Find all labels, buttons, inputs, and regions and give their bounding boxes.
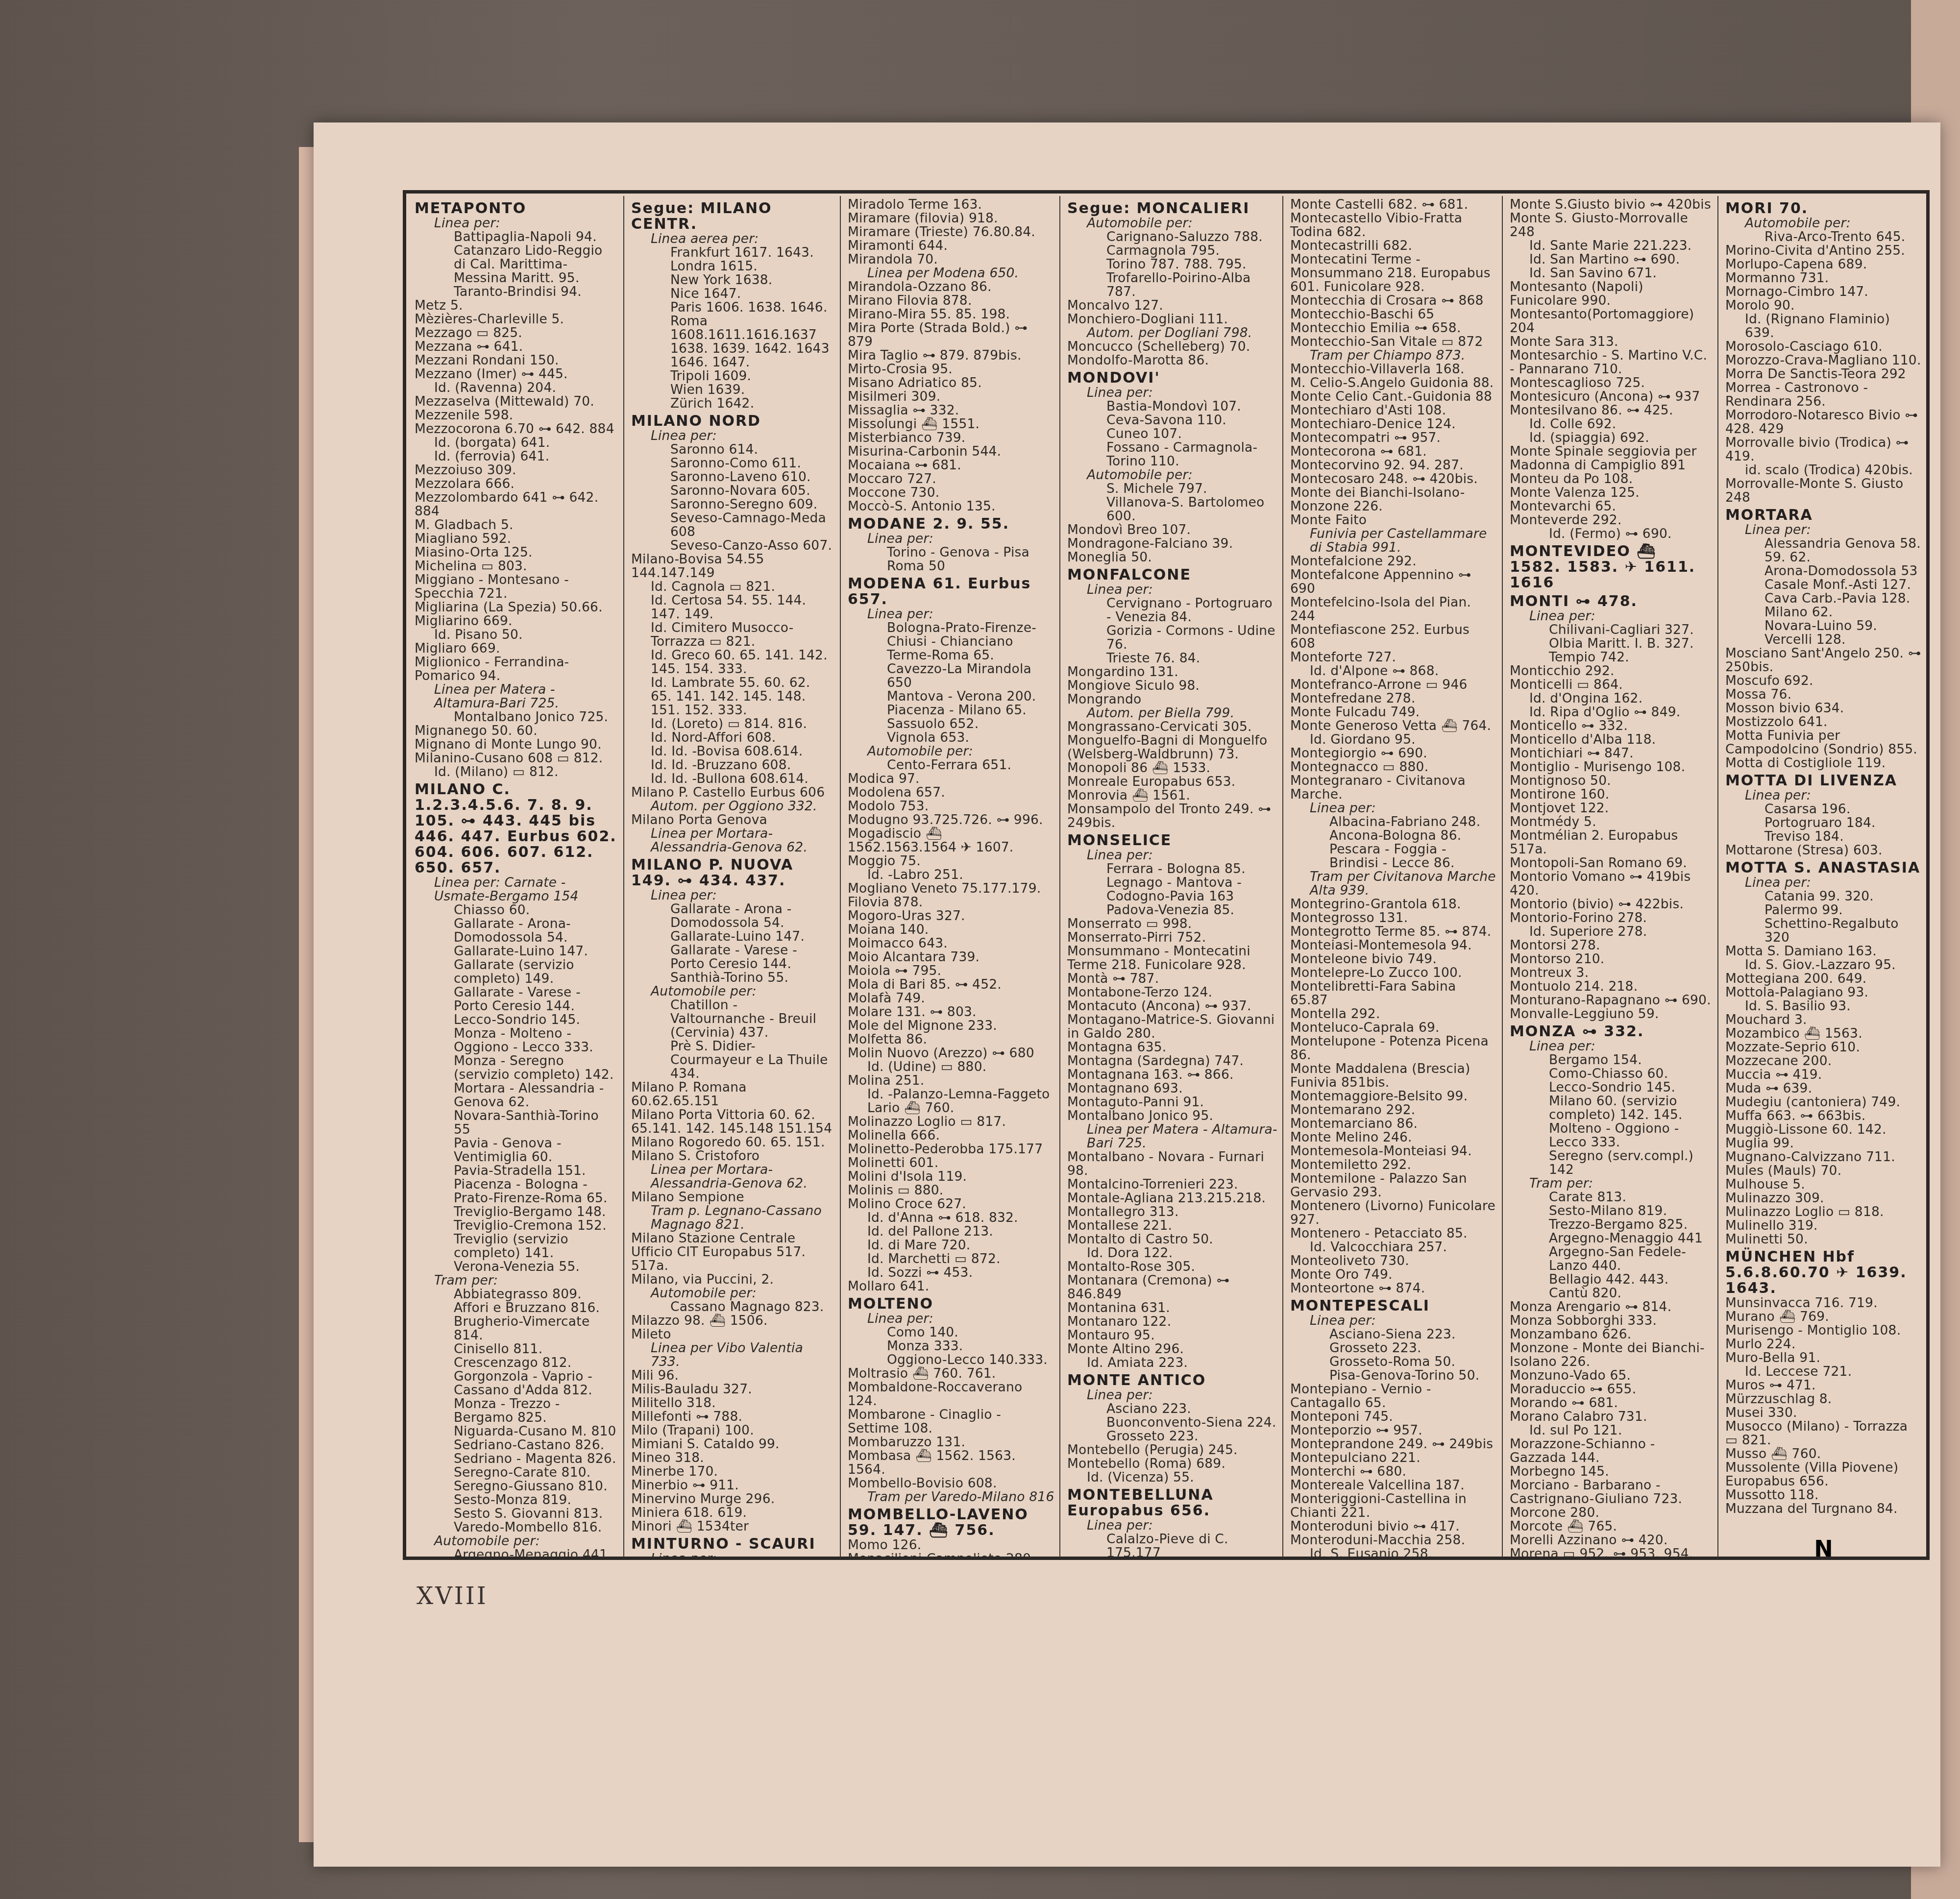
station-heading: MILANO P. NUOVA 149. ⊶ 434. 437. — [631, 857, 835, 889]
index-entry: Linea per Mortara-Alessandria-Genova 62. — [631, 1163, 835, 1191]
index-entry: Linea per: — [1067, 583, 1277, 597]
index-entry: Monserrato ▭ 998. — [1067, 917, 1277, 931]
index-entry: Misano Adriatico 85. — [848, 376, 1054, 390]
index-entry: Abbiategrasso 809. — [415, 1288, 618, 1301]
index-entry: Id. Pisano 50. — [415, 628, 618, 642]
index-entry: Molini d'Isola 119. — [848, 1170, 1054, 1184]
index-entry: Miradolo Terme 163. — [848, 198, 1054, 212]
index-entry: Modica 97. — [848, 772, 1054, 786]
index-entry: Ferrara - Bologna 85. — [1067, 862, 1277, 876]
index-entry: Monticelli ▭ 864. — [1510, 678, 1713, 692]
index-entry: M. Gladbach 5. — [415, 518, 618, 532]
station-heading: MONTEVIDEO ⛴ 1582. 1583. ✈ 1611. 1616 — [1510, 544, 1713, 591]
index-entry: Motta Funivia per Campodolcino (Sondrio)… — [1725, 729, 1922, 756]
index-entry: Monsampolo del Tronto 249. ⊶ 249bis. — [1067, 803, 1277, 830]
index-entry: Montmélian 2. Europabus 517a. — [1510, 829, 1713, 856]
index-entry: Montelepre-Lo Zucco 100. — [1290, 966, 1497, 980]
index-entry: Monte Oro 749. — [1290, 1268, 1497, 1282]
index-entry: Linea per: — [631, 429, 835, 443]
index-entry: Autom. per Oggiono 332. — [631, 800, 835, 813]
index-entry: Montreux 3. — [1510, 966, 1713, 980]
station-heading: MODANE 2. 9. 55. — [848, 516, 1054, 532]
index-entry: Moscufo 692. — [1725, 674, 1922, 688]
index-entry: Gorizia - Cormons - Udine 76. — [1067, 624, 1277, 652]
index-entry: Gallarate - Varese - Porto Ceresio 144. — [415, 986, 618, 1013]
index-entry: Moiana 140. — [848, 923, 1054, 937]
index-entry: Linea per: — [1725, 523, 1922, 537]
index-entry: Moggio 75. — [848, 854, 1054, 868]
index-entry: Mezzaselva (Mittewald) 70. — [415, 395, 618, 409]
index-entry: Tram p. Legnano-Cassano Magnago 821. — [631, 1204, 835, 1232]
index-entry: Mirto-Crosia 95. — [848, 363, 1054, 376]
station-heading: MODENA 61. Eurbus 657. — [848, 576, 1054, 608]
index-entry: Linea per: — [1725, 876, 1922, 890]
index-entry: Saronno 614. — [631, 443, 835, 457]
index-entry: Linea per Mortara-Alessandria-Genova 62. — [631, 827, 835, 854]
index-entry: Minerbe 170. — [631, 1465, 835, 1479]
station-heading: MONTEBELLUNA Europabus 656. — [1067, 1487, 1277, 1519]
index-entry: Id. S. Giov.-Lazzaro 95. — [1725, 958, 1922, 972]
index-entry: Seregno-Carate 810. — [415, 1466, 618, 1480]
index-entry: Gallarate - Arona-Domodossola 54. — [415, 917, 618, 945]
index-entry: Missaglia ⊶ 332. — [848, 404, 1054, 417]
index-entry: Mulinello 319. — [1725, 1219, 1922, 1233]
index-entry: Monte Maddalena (Brescia) Funivia 851bis… — [1290, 1062, 1497, 1090]
index-entry: Montorsi 278. — [1510, 939, 1713, 952]
index-entry: Sedriano-Castano 826. — [415, 1438, 618, 1452]
index-entry: Montirone 160. — [1510, 788, 1713, 802]
index-entry: Torino 787. 788. 795. — [1067, 258, 1277, 271]
index-entry: Palermo 99. — [1725, 903, 1922, 917]
index-entry: Id. (borgata) 641. — [415, 436, 618, 450]
index-entry: Miasino-Orta 125. — [415, 546, 618, 560]
index-entry: Montalbano Jonico 95. — [1067, 1109, 1277, 1123]
index-entry: Automobile per: — [1067, 217, 1277, 230]
index-entry: Monza - Seregno (servizio completo) 142. — [415, 1054, 618, 1082]
index-entry: Treviglio-Bergamo 148. — [415, 1205, 618, 1219]
index-entry: Monteiasi-Montemesola 94. — [1290, 939, 1497, 952]
index-entry: Mostizzolo 641. — [1725, 715, 1922, 729]
index-entry: Id. del Pallone 213. — [848, 1225, 1054, 1239]
index-entry: Mudegiu (cantoniera) 749. — [1725, 1096, 1922, 1109]
index-entry: Mosson bivio 634. — [1725, 702, 1922, 715]
index-entry: Id. Cagnola ▭ 821. — [631, 580, 835, 594]
index-entry: Mornago-Cimbro 147. — [1725, 285, 1922, 299]
index-entry: Nice 1647. — [631, 287, 835, 301]
index-entry: Montesarchio - S. Martino V.C. - Pannara… — [1510, 349, 1713, 376]
index-entry: Id. Valcocchiara 257. — [1290, 1241, 1497, 1254]
index-entry: Linea per Modena 650. — [848, 267, 1054, 280]
station-heading: MOMBELLO-LAVENO 59. 147. ⛴ 756. — [848, 1507, 1054, 1538]
index-entry: Morino-Civita d'Antino 255. — [1725, 244, 1922, 258]
index-entry: Montichiari ⊶ 847. — [1510, 747, 1713, 760]
index-entry: Mola di Bari 85. ⊶ 452. — [848, 978, 1054, 992]
index-entry: Monte Altino 296. — [1067, 1342, 1277, 1356]
index-entry: Casale Monf.-Asti 127. — [1725, 578, 1922, 592]
index-entry: Mussotto 118. — [1725, 1488, 1922, 1502]
index-entry: Id. Marchetti ▭ 872. — [848, 1252, 1054, 1266]
index-entry: Gallarate (servizio completo) 149. — [415, 958, 618, 986]
index-entry: Mosciano Sant'Angelo 250. ⊶ 250bis. — [1725, 647, 1922, 674]
index-entry: Crescenzago 812. — [415, 1356, 618, 1370]
index-entry: Cava Carb.-Pavia 128. — [1725, 592, 1922, 606]
index-entry: Montagnano 693. — [1067, 1082, 1277, 1096]
index-entry: Asciano 223. — [1067, 1402, 1277, 1416]
index-entry: Linea per Matera - Altamura-Bari 725. — [1067, 1123, 1277, 1150]
index-entry: Moccaro 727. — [848, 472, 1054, 486]
index-entry: Monteortone ⊶ 874. — [1290, 1282, 1497, 1295]
index-entry: Monticello d'Alba 118. — [1510, 733, 1713, 747]
index-entry: Id. Giordano 95. — [1290, 733, 1497, 747]
index-entry: Mezzago ▭ 825. — [415, 326, 618, 340]
index-entry: Seveso-Camnago-Meda 608 — [631, 511, 835, 539]
index-entry: Carignano-Saluzzo 788. — [1067, 230, 1277, 244]
index-entry: Montagano-Matrice-S. Giovanni in Galdo 2… — [1067, 1013, 1277, 1041]
index-entry: Montecchia di Crosara ⊶ 868 — [1290, 294, 1497, 308]
index-entry: Villanova-S. Bartolomeo 600. — [1067, 496, 1277, 523]
index-entry: Moimacco 643. — [848, 937, 1054, 950]
index-entry: Mombarone - Cinaglio - Settime 108. — [848, 1408, 1054, 1436]
index-entry: Misurina-Carbonin 544. — [848, 445, 1054, 459]
index-entry: Mimiani S. Cataldo 99. — [631, 1437, 835, 1451]
index-entry: Monte Celio Cant.-Guidonia 88 — [1290, 390, 1497, 404]
index-entry: Cinisello 811. — [415, 1342, 618, 1356]
index-entry: N — [1725, 1535, 1922, 1558]
index-entry: Trezzo-Bergamo 825. — [1510, 1218, 1713, 1232]
index-entry: Monticello ⊶ 332. — [1510, 719, 1713, 733]
index-entry: Saronno-Seregno 609. — [631, 498, 835, 511]
index-entry: Treviso 184. — [1725, 830, 1922, 844]
index-entry: Monte Fulcadu 749. — [1290, 706, 1497, 719]
index-entry: Molino Croce 627. — [848, 1197, 1054, 1211]
index-entry: Grosseto-Roma 50. — [1290, 1355, 1497, 1369]
index-entry: Morrovalle-Monte S. Giusto 248 — [1725, 477, 1922, 505]
index-entry: Cavezzo-La Mirandola 650 — [848, 662, 1054, 690]
index-entry: Moiola ⊶ 795. — [848, 964, 1054, 978]
index-entry: Morena ▭ 952. ⊶ 953. 954. 962. 963. — [1510, 1547, 1713, 1558]
index-entry: Muffa 663. ⊶ 663bis. — [1725, 1109, 1922, 1123]
index-entry: Moncalvo 127. — [1067, 299, 1277, 313]
index-entry: Id. Cimitero Musocco-Torrazza ▭ 821. — [631, 621, 835, 649]
index-entry: Monte Melino 246. — [1290, 1131, 1497, 1144]
index-entry: Montepulciano 221. — [1290, 1451, 1497, 1465]
index-entry: Miramare (filovia) 918. — [848, 212, 1054, 225]
index-entry: Migliarina (La Spezia) 50.66. — [415, 601, 618, 614]
index-entry: Zürich 1642. — [631, 397, 835, 411]
index-entry: Calalzo-Pieve di C. 175.177 — [1067, 1533, 1277, 1558]
index-entry: Murlo 224. — [1725, 1338, 1922, 1351]
index-entry: Mossa 76. — [1725, 688, 1922, 702]
station-heading: MILANO C. 1.2.3.4.5.6. 7. 8. 9. 105. ⊶ 4… — [415, 782, 618, 876]
index-entry: Tram per Varedo-Milano 816 — [848, 1490, 1054, 1504]
index-entry: Id. San Martino ⊶ 690. — [1510, 253, 1713, 267]
index-entry: Mili 96. — [631, 1369, 835, 1383]
index-entry: Morrodoro-Notaresco Bivio ⊶ 428. 429 — [1725, 409, 1922, 436]
index-entry: Montecastrilli 682. — [1290, 239, 1497, 253]
index-entry: Londra 1615. — [631, 260, 835, 273]
index-entry: Id. Certosa 54. 55. 144. 147. 149. — [631, 594, 835, 621]
index-entry: Treviglio-Cremona 152. — [415, 1219, 618, 1233]
index-entry: Monvalle-Leggiuno 59. — [1510, 1007, 1713, 1021]
index-entry: Mombaruzzo 131. — [848, 1436, 1054, 1449]
index-entry: Montagna 635. — [1067, 1041, 1277, 1054]
index-entry: Minori ⛴ 1534ter — [631, 1520, 835, 1534]
index-entry: Paris 1606. 1638. 1646. — [631, 301, 835, 315]
index-entry: Id. (Loreto) ▭ 814. 816. — [631, 717, 835, 731]
index-entry: Vignola 653. — [848, 731, 1054, 745]
index-entry: Buonconvento-Siena 224. — [1067, 1416, 1277, 1430]
index-entry: Monturano-Rapagnano ⊶ 690. — [1510, 994, 1713, 1007]
index-entry: Mulinazzo 309. — [1725, 1192, 1922, 1205]
index-entry: Montefelcino-Isola del Pian. 244 — [1290, 596, 1497, 623]
index-entry: Autom. per Biella 799. — [1067, 706, 1277, 720]
index-entry: Taranto-Brindisi 94. — [415, 285, 618, 299]
index-entry: Minervino Murge 296. — [631, 1492, 835, 1506]
index-entry: Morano Calabro 731. — [1510, 1410, 1713, 1424]
index-entry: Piacenza - Milano 65. — [848, 704, 1054, 717]
index-entry: Gallarate-Luino 147. — [631, 930, 835, 944]
index-entry: Montevarchi 65. — [1510, 500, 1713, 513]
index-entry: Pavia - Genova - Ventimiglia 60. — [415, 1137, 618, 1164]
station-heading: MORI 70. — [1725, 201, 1922, 217]
index-entry: Montà ⊶ 787. — [1067, 972, 1277, 986]
index-entry: Como-Chiasso 60. — [1510, 1067, 1713, 1081]
index-entry: Mongiove Siculo 98. — [1067, 679, 1277, 693]
index-entry: Moneglia 50. — [1067, 551, 1277, 564]
index-entry: Modolo 753. — [848, 800, 1054, 813]
index-entry: Chilivani-Cagliari 327. — [1510, 623, 1713, 637]
index-entry: Montalcino-Torrenieri 223. — [1067, 1178, 1277, 1192]
index-entry: Mormanno 731. — [1725, 271, 1922, 285]
index-entry: Mombaldone-Roccaverano 124. — [848, 1381, 1054, 1408]
station-heading: METAPONTO — [415, 201, 618, 217]
index-entry: Monza - Trezzo - Bergamo 825. — [415, 1397, 618, 1425]
index-entry: Morrovalle bivio (Trodica) ⊶ 419. — [1725, 436, 1922, 463]
column-2: Segue: MILANO CENTR.Linea aerea per:Fran… — [624, 196, 841, 1558]
index-entry: Id. San Savino 671. — [1510, 267, 1713, 280]
index-entry: Gallarate - Arona - Domodossola 54. — [631, 902, 835, 930]
index-entry: Montalbano - Novara - Furnari 98. — [1067, 1150, 1277, 1178]
index-entry: Linea per: — [848, 1312, 1054, 1326]
index-entry: Montalto di Castro 50. — [1067, 1233, 1277, 1246]
index-entry: Santhià-Torino 55. — [631, 971, 835, 985]
index-entry: Monteoliveto 730. — [1290, 1254, 1497, 1268]
index-entry: Mondolfo-Marotta 86. — [1067, 354, 1277, 367]
index-entry: Miagliano 592. — [415, 532, 618, 546]
index-entry: Morando ⊶ 681. — [1510, 1396, 1713, 1410]
index-entry: Milano P. Castello Eurbus 606 — [631, 786, 835, 800]
index-entry: Montemarciano 86. — [1290, 1117, 1497, 1131]
index-entry: Montecchio-San Vitale ▭ 872 — [1290, 335, 1497, 349]
station-heading: MONDOVI' — [1067, 370, 1277, 386]
index-entry: Morcone 280. — [1510, 1506, 1713, 1520]
index-entry: Montecatini Terme - Monsummano 218. Euro… — [1290, 253, 1497, 294]
index-entry: Battipaglia-Napoli 94. — [415, 230, 618, 244]
index-entry: Riva-Arco-Trento 645. — [1725, 230, 1922, 244]
index-entry: Saronno-Laveno 610. — [631, 470, 835, 484]
index-entry: Montemilone - Palazzo San Gervasio 293. — [1290, 1172, 1497, 1199]
index-entry: Mozzate-Seprio 610. — [1725, 1041, 1922, 1054]
index-entry: Sassuolo 652. — [848, 717, 1054, 731]
index-entry: Montegranaro - Civitanova Marche. — [1290, 774, 1497, 802]
index-entry: Montalto-Rose 305. — [1067, 1260, 1277, 1274]
index-entry: Linea per: — [1510, 1040, 1713, 1053]
index-entry: Montefranco-Arrone ▭ 946 — [1290, 678, 1497, 692]
index-entry: Linea per: — [631, 1552, 835, 1558]
index-entry: Oggiono-Lecco 140.333. — [848, 1353, 1054, 1367]
index-entry: Moio Alcantara 739. — [848, 950, 1054, 964]
index-entry: Seveso-Canzo-Asso 607. — [631, 539, 835, 553]
index-entry: Casarsa 196. — [1725, 803, 1922, 816]
index-entry: Brugherio-Vimercate 814. — [415, 1315, 618, 1342]
column-5: Monte Castelli 682. ⊶ 681.Montecastello … — [1283, 196, 1503, 1558]
index-entry: Monteponi 745. — [1290, 1410, 1497, 1424]
index-entry: Mozambico ⛴ 1563. — [1725, 1027, 1922, 1041]
index-entry: Morlupo-Capena 689. — [1725, 258, 1922, 271]
index-entry: Munsinvacca 716. 719. — [1725, 1296, 1922, 1310]
index-entry: Sesto S. Giovanni 813. — [415, 1507, 618, 1521]
index-entry: Montereale Valcellina 187. — [1290, 1479, 1497, 1492]
index-entry: Linea per: — [1290, 802, 1497, 815]
index-entry: Monacilioni-Campolieto 280. — [848, 1552, 1054, 1558]
index-entry: Montebello (Perugia) 245. — [1067, 1443, 1277, 1457]
index-entry: Mirandola 70. — [848, 253, 1054, 267]
index-entry: Mozzecane 200. — [1725, 1054, 1922, 1068]
index-entry: Montecchio Emilia ⊶ 658. — [1290, 321, 1497, 335]
index-entry: Mira Taglio ⊶ 879. 879bis. — [848, 349, 1054, 363]
index-entry: Montorio (bivio) ⊶ 422bis. — [1510, 898, 1713, 911]
index-entry: Trieste 76. 84. — [1067, 652, 1277, 665]
index-entry: Montagnana 163. ⊶ 866. — [1067, 1068, 1277, 1082]
index-entry: Id. d'Alpone ⊶ 868. — [1290, 664, 1497, 678]
index-entry: Id. Nord-Affori 608. — [631, 731, 835, 745]
index-entry: Mogliano Veneto 75.177.179. Filovia 878. — [848, 882, 1054, 909]
index-entry: Molinetti 601. — [848, 1156, 1054, 1170]
index-entry: Como 140. — [848, 1326, 1054, 1339]
index-entry: Automobile per: — [1067, 468, 1277, 482]
station-heading: MOTTA DI LIVENZA — [1725, 773, 1922, 789]
index-entry: Chatillon - Valtournanche - Breuil (Cerv… — [631, 998, 835, 1040]
index-entry: Moncucco (Schelleberg) 70. — [1067, 340, 1277, 354]
index-entry: Mouchard 3. — [1725, 1013, 1922, 1027]
index-entry: Minerbio ⊶ 911. — [631, 1479, 835, 1492]
index-entry: Id. (Vicenza) 55. — [1067, 1471, 1277, 1485]
index-entry: Mantova - Verona 200. — [848, 690, 1054, 704]
index-entry: Montjovet 122. — [1510, 802, 1713, 815]
index-entry: Monteleone bivio 749. — [1290, 952, 1497, 966]
index-entry: Montignoso 50. — [1510, 774, 1713, 788]
index-entry: Montuolo 214. 218. — [1510, 980, 1713, 994]
index-entry: Montescaglioso 725. — [1510, 376, 1713, 390]
index-entry: Id. Leccese 721. — [1725, 1365, 1922, 1379]
index-entry: Muros ⊶ 471. — [1725, 1379, 1922, 1392]
index-entry: Linea per: — [1067, 1519, 1277, 1533]
index-entry: Seregno (serv.compl.) 142 — [1510, 1149, 1713, 1177]
index-entry: Montecchio-Villaverla 168. — [1290, 363, 1497, 376]
index-entry: Tempio 742. — [1510, 651, 1713, 664]
column-4: Segue: MONCALIERIAutomobile per:Carignan… — [1060, 196, 1283, 1558]
index-entry: Montegiorgio ⊶ 690. — [1290, 747, 1497, 760]
index-entry: Mezzocorona 6.70 ⊶ 642. 884 — [415, 422, 618, 436]
index-entry: Montorso 210. — [1510, 952, 1713, 966]
index-entry: Vercelli 128. — [1725, 633, 1922, 647]
index-entry: Mignanego 50. 60. — [415, 724, 618, 738]
index-entry: Modolena 657. — [848, 786, 1054, 800]
index-entry: M. Celio-S.Angelo Guidonia 88. — [1290, 376, 1497, 390]
index-entry: Linea per: — [848, 532, 1054, 546]
index-entry: Morolo 90. — [1725, 299, 1922, 313]
station-heading: MINTURNO - SCAURI — [631, 1536, 835, 1552]
index-entry: Sesto-Milano 819. — [1510, 1204, 1713, 1218]
index-entry: Id. d'Ongina 162. — [1510, 692, 1713, 706]
index-entry: Mirano Filovia 878. — [848, 294, 1054, 308]
index-entry: Mole del Mignone 233. — [848, 1019, 1054, 1033]
index-entry: Cuneo 107. — [1067, 427, 1277, 441]
index-entry: Misterbianco 739. — [848, 431, 1054, 445]
index-entry: Legnago - Mantova - Codogno-Pavia 163 — [1067, 876, 1277, 903]
index-entry: Mottarone (Stresa) 603. — [1725, 844, 1922, 857]
index-entry: Montiglio - Murisengo 108. — [1510, 760, 1713, 774]
index-entry: Mottegiana 200. 649. — [1725, 972, 1922, 986]
index-entry: Id. (Ravenna) 204. — [415, 381, 618, 395]
index-entry: Monteroduni bivio ⊶ 417. — [1290, 1520, 1497, 1534]
index-entry: Morelli Azzinano ⊶ 420. — [1510, 1534, 1713, 1547]
index-entry: Milano Sempione — [631, 1191, 835, 1204]
index-entry: Mulinazzo Loglio ▭ 818. — [1725, 1205, 1922, 1219]
index-entry: Montagna (Sardegna) 747. — [1067, 1054, 1277, 1068]
index-entry: Torino - Genova - Pisa Roma 50 — [848, 546, 1054, 573]
index-entry: Molare 131. ⊶ 803. — [848, 1005, 1054, 1019]
index-entry: Argegno-Menaggio 441 — [415, 1548, 618, 1558]
index-entry: Trofarello-Poirino-Alba 787. — [1067, 271, 1277, 299]
index-entry: Ceva-Savona 110. — [1067, 414, 1277, 427]
index-entry: Montesicuro (Ancona) ⊶ 937 — [1510, 390, 1713, 404]
index-entry: Montelupone - Potenza Picena 86. — [1290, 1035, 1497, 1062]
index-entry: Linea per: Carnate - Usmate-Bergamo 154 — [415, 876, 618, 903]
index-entry: Tram per: — [1510, 1177, 1713, 1191]
index-entry: Mollaro 641. — [848, 1280, 1054, 1293]
index-entry: Alessandria Genova 58. 59. 62. — [1725, 537, 1922, 564]
index-entry: Migliarino 669. — [415, 614, 618, 628]
index-entry: Automobile per: — [848, 745, 1054, 758]
index-entry: Monserrato-Pirri 752. — [1067, 931, 1277, 945]
index-entry: Grosseto 223. — [1290, 1341, 1497, 1355]
index-entry: Muzzana del Turgnano 84. — [1725, 1502, 1922, 1516]
index-entry: Mezzolombardo 641 ⊶ 642. 884 — [415, 491, 618, 518]
index-entry: Monteprandone 249. ⊶ 249bis — [1290, 1437, 1497, 1451]
index-entry: Milano-Bovisa 54.55 144.147.149 — [631, 553, 835, 580]
index-entry: Miramare (Trieste) 76.80.84. — [848, 225, 1054, 239]
index-entry: Monteporzio ⊶ 957. — [1290, 1424, 1497, 1437]
index-entry: Mongardino 131. — [1067, 665, 1277, 679]
index-entry: Montmédy 5. — [1510, 815, 1713, 829]
index-entry: Mondovì Breo 107. — [1067, 523, 1277, 537]
index-entry: Monteriggioni-Castellina in Chianti 221. — [1290, 1492, 1497, 1520]
index-entry: Id. Id. -Bullona 608.614. — [631, 772, 835, 786]
index-entry: Cantù 820. — [1510, 1287, 1713, 1300]
index-entry: Milano 60. (servizio completo) 142. 145. — [1510, 1095, 1713, 1122]
index-entry: Ancona-Bologna 86. — [1290, 829, 1497, 843]
index-entry: Montauro 95. — [1067, 1329, 1277, 1342]
index-entry: Linea per: — [1067, 849, 1277, 862]
index-entry: Montepiano - Vernio - Cantagallo 65. — [1290, 1383, 1497, 1410]
index-entry: Molin Nuovo (Arezzo) ⊶ 680 — [848, 1047, 1054, 1060]
index-entry: Monzuno-Vado 65. — [1510, 1369, 1713, 1383]
index-entry: Gorgonzola - Vaprio - Cassano d'Adda 812… — [415, 1370, 618, 1397]
index-entry: Mirandola-Ozzano 86. — [848, 280, 1054, 294]
index-entry: Carmagnola 795. — [1067, 244, 1277, 258]
index-entry: Seregno-Giussano 810. — [415, 1480, 618, 1493]
